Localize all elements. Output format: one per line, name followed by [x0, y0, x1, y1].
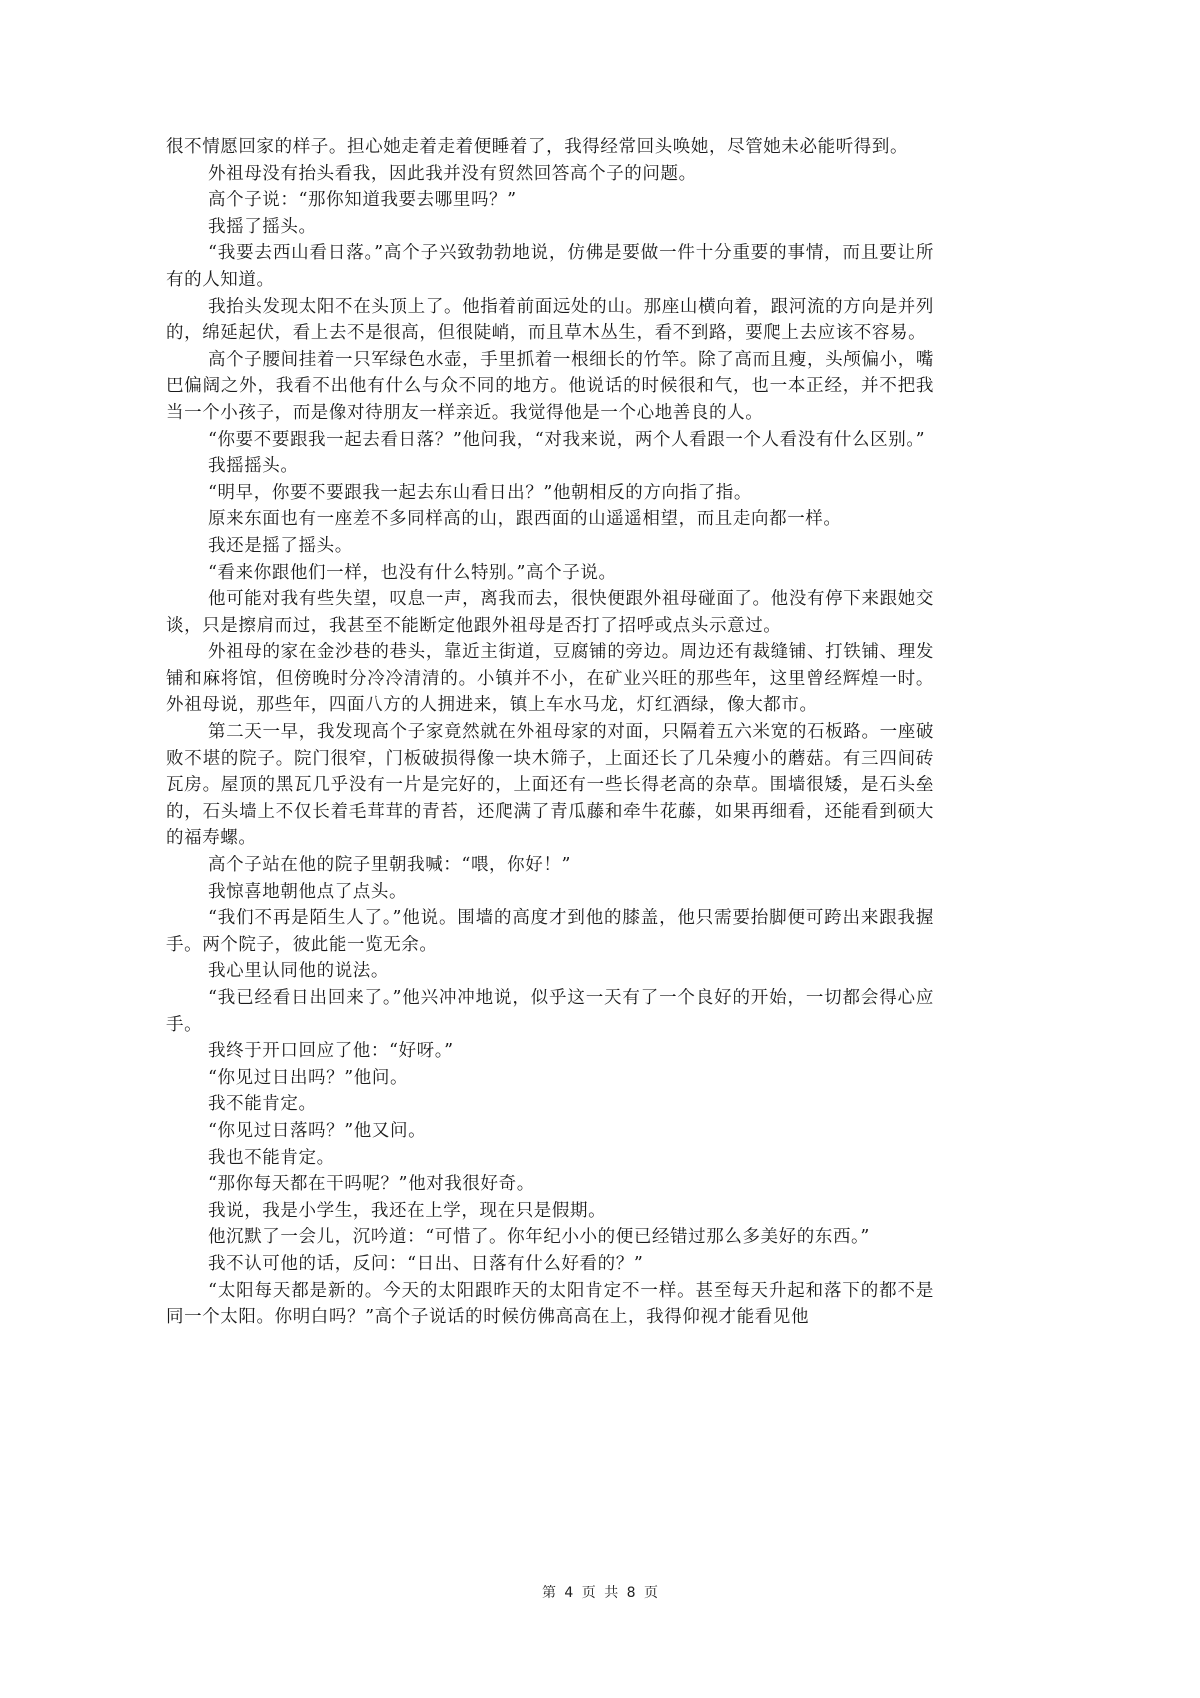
- document-body: 很不情愿回家的样子。担心她走着走着便睡着了，我得经常回头唤她，尽管她未必能听得到…: [166, 134, 934, 1331]
- paragraph: “明早，你要不要跟我一起去东山看日出？”他朝相反的方向指了指。: [166, 480, 934, 507]
- paragraph: 我还是摇了摇头。: [166, 533, 934, 560]
- paragraph: “太阳每天都是新的。今天的太阳跟昨天的太阳肯定不一样。甚至每天升起和落下的都不是…: [166, 1278, 934, 1331]
- paragraph: 我摇了摇头。: [166, 214, 934, 241]
- paragraph: 我抬头发现太阳不在头顶上了。他指着前面远处的山。那座山横向着，跟河流的方向是并列…: [166, 294, 934, 347]
- page-number-footer: 第 4 页 共 8 页: [0, 1582, 1200, 1602]
- paragraph: 外祖母没有抬头看我，因此我并没有贸然回答高个子的问题。: [166, 161, 934, 188]
- paragraph: “你要不要跟我一起去看日落？”他问我，“对我来说，两个人看跟一个人看没有什么区别…: [166, 427, 934, 454]
- paragraph: 第二天一早，我发现高个子家竟然就在外祖母家的对面，只隔着五六米宽的石板路。一座破…: [166, 719, 934, 852]
- paragraph: 我惊喜地朝他点了点头。: [166, 879, 934, 906]
- paragraph: 他沉默了一会儿，沉吟道：“可惜了。你年纪小小的便已经错过那么多美好的东西。”: [166, 1224, 934, 1251]
- paragraph: “看来你跟他们一样，也没有什么特别。”高个子说。: [166, 560, 934, 587]
- paragraph: “我们不再是陌生人了。”他说。围墙的高度才到他的膝盖，他只需要抬脚便可跨出来跟我…: [166, 905, 934, 958]
- paragraph: 高个子说：“那你知道我要去哪里吗？”: [166, 187, 934, 214]
- paragraph: 我不能肯定。: [166, 1091, 934, 1118]
- paragraph: 我摇摇头。: [166, 453, 934, 480]
- paragraph: 我也不能肯定。: [166, 1145, 934, 1172]
- paragraph: 原来东面也有一座差不多同样高的山，跟西面的山遥遥相望，而且走向都一样。: [166, 506, 934, 533]
- paragraph: “那你每天都在干吗呢？”他对我很好奇。: [166, 1171, 934, 1198]
- paragraph: “我已经看日出回来了。”他兴冲冲地说，似乎这一天有了一个良好的开始，一切都会得心…: [166, 985, 934, 1038]
- paragraph: 很不情愿回家的样子。担心她走着走着便睡着了，我得经常回头唤她，尽管她未必能听得到…: [166, 134, 934, 161]
- paragraph: 我不认可他的话，反问：“日出、日落有什么好看的？”: [166, 1251, 934, 1278]
- paragraph: 我心里认同他的说法。: [166, 958, 934, 985]
- paragraph: 我终于开口回应了他：“好呀。”: [166, 1038, 934, 1065]
- paragraph: 高个子站在他的院子里朝我喊：“喂，你好！”: [166, 852, 934, 879]
- paragraph: “我要去西山看日落。”高个子兴致勃勃地说，仿佛是要做一件十分重要的事情，而且要让…: [166, 240, 934, 293]
- paragraph: “你见过日出吗？”他问。: [166, 1065, 934, 1092]
- paragraph: 外祖母的家在金沙巷的巷头，靠近主街道，豆腐铺的旁边。周边还有裁缝铺、打铁铺、理发…: [166, 639, 934, 719]
- paragraph: 我说，我是小学生，我还在上学，现在只是假期。: [166, 1198, 934, 1225]
- paragraph: 他可能对我有些失望，叹息一声，离我而去，很快便跟外祖母碰面了。他没有停下来跟她交…: [166, 586, 934, 639]
- paragraph: “你见过日落吗？”他又问。: [166, 1118, 934, 1145]
- paragraph: 高个子腰间挂着一只军绿色水壶，手里抓着一根细长的竹竿。除了高而且瘦，头颅偏小，嘴…: [166, 347, 934, 427]
